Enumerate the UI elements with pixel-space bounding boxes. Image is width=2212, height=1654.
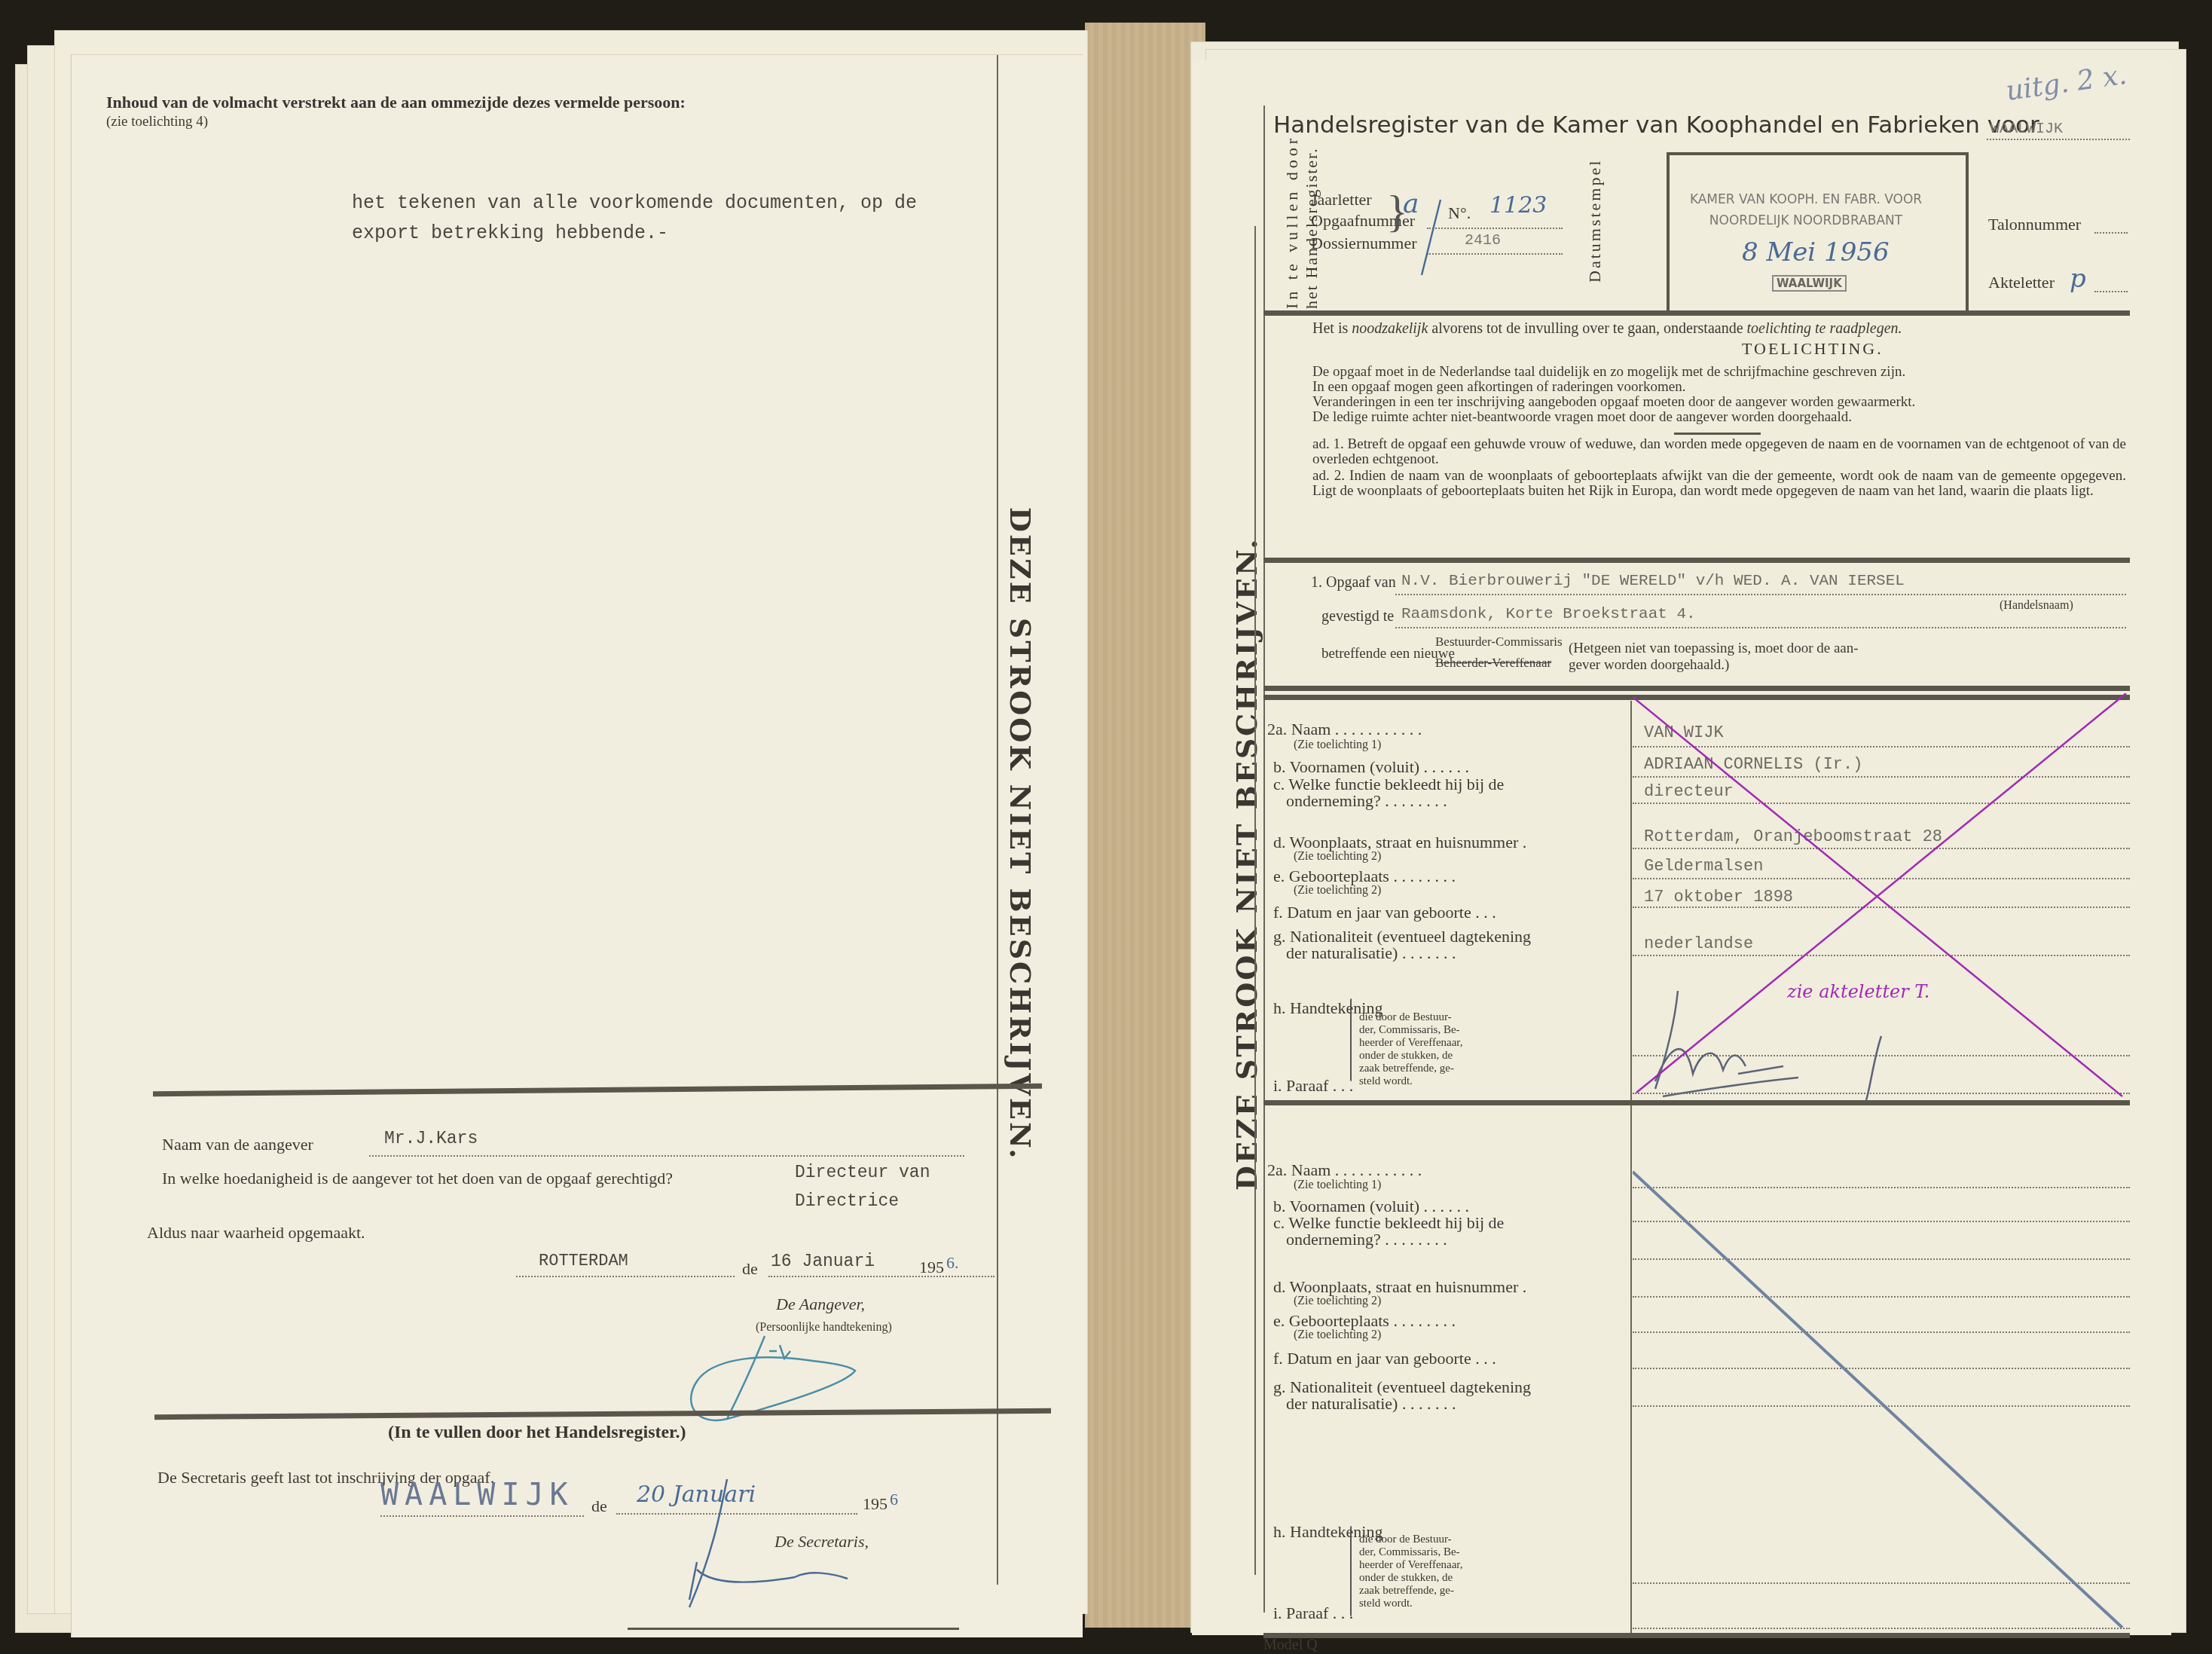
secretary-signature [644, 1472, 870, 1622]
person-2-strike-line [1633, 1168, 2130, 1635]
registry-year-suffix: 6 [890, 1490, 898, 1509]
akte-dotline [2094, 291, 2128, 292]
strip-divider [997, 55, 998, 1585]
gevestigd-label: gevestigd te [1321, 608, 1394, 625]
note-line: der, Commissaris, Be- [1359, 1546, 1472, 1559]
note-line: heerder of Vereffenaar, [1359, 1559, 1472, 1572]
toelichting-line: De ledige ruimte achter niet-beantwoorde… [1312, 409, 1852, 426]
form-left-border [1263, 105, 1265, 1613]
opgaafnummer-value: 1123 [1489, 192, 1547, 219]
declarant-signer-role: De Aangever, [776, 1295, 865, 1314]
stamp-place: WAALWIJK [1772, 275, 1847, 292]
gevestigd-dotline [1395, 627, 2126, 628]
role-bestuurder-commissaris: Bestuurder-Commissaris [1435, 634, 1563, 649]
label-geboortedatum: f. Datum en jaar van geboorte . . . [1273, 1349, 1496, 1368]
jaarletter-label: Jaarletter [1311, 190, 1372, 209]
stamp-date: 8 Mei 1956 [1742, 237, 1890, 268]
note-line: die door de Bestuur- [1359, 1533, 1472, 1546]
label-naam-note: (Zie toelichting 1) [1294, 1179, 1381, 1192]
note-line: zaak betreffende, ge- [1359, 1062, 1472, 1075]
label-geboorteplaats-note: (Zie toelichting 2) [1294, 884, 1381, 897]
declaration-year-prefix: 195 [919, 1258, 944, 1277]
section-rule [1263, 1633, 2130, 1638]
toelichting-rule [1674, 433, 1761, 435]
section-rule [153, 1084, 1042, 1096]
opgaaf-label: 1. Opgaaf van [1311, 574, 1396, 592]
handelsnaam-note: (Handelsnaam) [2000, 599, 2073, 613]
declarant-capacity-value-2: Directrice [795, 1191, 899, 1211]
do-not-write-strip: DEZE STROOK NIET BESCHRIJVEN. [1230, 537, 1263, 1191]
note-line: steld wordt. [1359, 1597, 1472, 1610]
declarant-name-value: Mr.J.Kars [384, 1129, 478, 1148]
notice-line: Het is noodzakelijk alvorens tot de invu… [1312, 320, 1902, 338]
label-paraaf: i. Paraaf . . . [1273, 1604, 1353, 1623]
note-line: der, Commissaris, Be- [1359, 1024, 1472, 1037]
role-line-1: Bestuurder-Commissaris [1435, 634, 1563, 650]
right-document-page: uitg. 2 x. Handelsregister van de Kamer … [1192, 60, 2171, 1635]
declarant-capacity-label: In welke hoedanigheid is de aangever tot… [162, 1169, 673, 1188]
ad-note-2: ad. 2. Indien de naam van de woonplaats … [1312, 469, 2126, 499]
notice-emphasis-1: noodzakelijk [1352, 320, 1428, 337]
declaration-date: 16 Januari [771, 1252, 875, 1271]
date-dotline [768, 1276, 994, 1277]
section-rule [1263, 686, 2130, 691]
mandate-subtitle: (zie toelichting 4) [106, 114, 208, 130]
ad-note-1: ad. 1. Betreft de opgaaf een gehuwde vro… [1312, 437, 2126, 467]
label-geboortedatum: f. Datum en jaar van geboorte . . . [1273, 903, 1496, 922]
declarant-name-label: Naam van de aangever [162, 1135, 313, 1154]
handtekening-brace [1350, 998, 1353, 1081]
jaarletter-stroke [1418, 196, 1448, 279]
note-line: die door de Bestuur- [1359, 1011, 1472, 1024]
notice-mid: alvorens tot de invulling over te gaan, … [1428, 320, 1746, 337]
label-naam: 2a. Naam . . . . . . . . . . . [1267, 720, 1422, 739]
jaarletter-value: a [1403, 188, 1419, 219]
registry-place-stamp: WAALWIJK [380, 1478, 574, 1512]
corner-annotation: uitg. 2 x. [2004, 60, 2128, 107]
label-naam: 2a. Naam . . . . . . . . . . . [1267, 1160, 1422, 1180]
truth-statement: Aldus naar waarheid opgemaakt. [147, 1223, 365, 1243]
toelichting-title: TOELICHTING. [1742, 339, 1884, 359]
name-dotline [369, 1155, 964, 1157]
note-line: onder de stukken, de [1359, 1050, 1472, 1062]
side-label-1: In te vullen door [1282, 135, 1302, 309]
form-model: Model Q [1263, 1637, 1318, 1654]
section-rule [1263, 558, 2130, 563]
note-line: zaak betreffende, ge- [1359, 1585, 1472, 1597]
gevestigd-address: Raamsdonk, Korte Broekstraat 4. [1401, 606, 1696, 623]
do-not-write-strip: DEZE STROOK NIET BESCHRIJVEN. [1004, 507, 1037, 1161]
label-paraaf: i. Paraaf . . . [1273, 1076, 1353, 1096]
stamp-line-2: NOORDELIJK NOORDBRABANT [1644, 213, 1968, 228]
akteletter-value: p [2070, 264, 2086, 294]
dossiernummer-label: Dossiernummer [1311, 234, 1417, 253]
role-note-2: gever worden doorgehaald.) [1569, 657, 1729, 674]
mandate-body-line-1: het tekenen van alle voorkomende documen… [352, 192, 917, 214]
opgaaf-dotline [1395, 594, 2126, 595]
mandate-body-line-2: export betrekking hebbende.- [352, 222, 668, 244]
handtekening-note: die door de Bestuur- der, Commissaris, B… [1359, 1011, 1472, 1088]
notice-emphasis-2: toelichting te raadplegen. [1747, 320, 1902, 337]
declarant-capacity-value-1: Directeur van [795, 1163, 930, 1182]
archive-folder [1085, 23, 1205, 1628]
handtekening-note: die door de Bestuur- der, Commissaris, B… [1359, 1533, 1472, 1610]
talon-dotline [2094, 232, 2128, 234]
person-1-cross-out [1633, 693, 2130, 1100]
toelichting-line: Veranderingen in een ter inschrijving aa… [1312, 394, 1915, 411]
stamp-line-1: KAMER VAN KOOPH. EN FABR. VOOR [1644, 192, 1968, 207]
note-line: onder de stukken, de [1359, 1572, 1472, 1585]
section-rule [1263, 310, 2130, 316]
note-line: heerder of Vereffenaar, [1359, 1037, 1472, 1050]
notice-pre: Het is [1312, 320, 1352, 337]
handtekening-brace [1350, 1526, 1353, 1616]
strip-divider [1254, 226, 1256, 1575]
label-nationaliteit-2: der naturalisatie) . . . . . . . [1286, 1394, 1456, 1414]
label-woonplaats-note: (Zie toelichting 2) [1294, 1295, 1381, 1308]
de-label: de [591, 1497, 607, 1516]
label-naam-note: (Zie toelichting 1) [1294, 738, 1381, 752]
registry-place-dotline [380, 1515, 584, 1517]
de-label: de [742, 1259, 758, 1279]
label-geboorteplaats-note: (Zie toelichting 2) [1294, 1328, 1381, 1342]
note-line: steld wordt. [1359, 1075, 1472, 1088]
dossiernummer-value: 2416 [1465, 232, 1501, 249]
akteletter-label: Akteletter [1988, 273, 2055, 292]
mandate-title: Inhoud van de volmacht verstrekt aan de … [106, 93, 686, 112]
toelichting-line: De opgaaf moet in de Nederlandse taal du… [1312, 364, 1905, 381]
left-document-page: Inhoud van de volmacht verstrekt aan de … [71, 54, 1083, 1637]
declaration-year-suffix: 6. [946, 1253, 959, 1273]
register-title: Handelsregister van de Kamer van Koophan… [1273, 112, 2039, 139]
column-divider [1630, 701, 1632, 1635]
declaration-place: ROTTERDAM [539, 1252, 628, 1270]
role-note-1: (Hetgeen niet van toepassing is, moet do… [1569, 641, 1859, 657]
role-line-2: Beheerder-Vereffenaar [1435, 656, 1551, 671]
label-functie-2: onderneming? . . . . . . . . [1286, 1230, 1447, 1249]
section-rule [1263, 1100, 2130, 1105]
place-dotline [516, 1276, 735, 1277]
register-location: WAALWIJK [1990, 121, 2063, 138]
datumstempel-label: Datumstempel [1585, 159, 1605, 283]
label-woonplaats-note: (Zie toelichting 2) [1294, 850, 1381, 864]
secretary-rule [628, 1628, 959, 1630]
opgaaf-company-name: N.V. Bierbrouwerij "DE WERELD" v/h WED. … [1401, 573, 1905, 590]
label-nationaliteit-2: der naturalisatie) . . . . . . . [1286, 943, 1456, 963]
toelichting-line: In een opgaaf mogen geen afkortingen of … [1312, 379, 1685, 396]
talonnummer-label: Talonnummer [1988, 215, 2081, 234]
title-dotline [1987, 139, 2130, 140]
registry-heading: (In te vullen door het Handelsregister.) [388, 1423, 686, 1443]
label-functie-2: onderneming? . . . . . . . . [1286, 791, 1447, 811]
no-label: N°. [1448, 203, 1471, 223]
